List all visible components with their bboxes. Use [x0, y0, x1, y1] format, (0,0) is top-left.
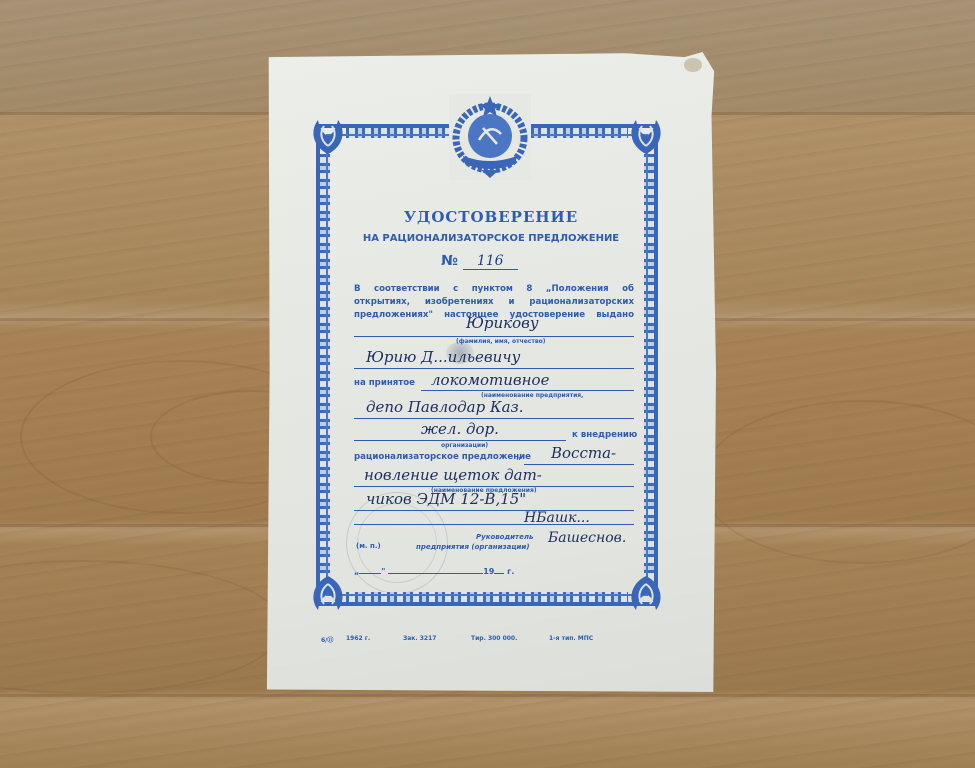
signer-role-line2: предприятия (организации)	[416, 543, 530, 551]
wood-grain	[700, 400, 975, 564]
date-line: „" 19 г.	[354, 567, 514, 576]
enterprise-line3-underline	[354, 440, 566, 441]
preamble-line: открытиях, изобретениях и рационализатор…	[354, 296, 634, 309]
wood-grain	[0, 560, 284, 694]
recipient-caption: (фамилия, имя, отчество)	[456, 338, 545, 345]
certificate-number: № 116	[441, 253, 518, 270]
signature-mark: НБашк...	[524, 510, 590, 526]
certificate-subtitle: НА РАЦИОНАЛИЗАТОРСКОЕ ПРЕДЛОЖЕНИЕ	[266, 233, 716, 244]
number-label: №	[441, 253, 458, 269]
enterprise-line2: депо Павлодар Каз.	[366, 398, 524, 416]
signer-role-line1: Руководитель	[476, 533, 533, 541]
paper-stain	[684, 58, 702, 72]
recipient-surname: Юрикову	[466, 314, 539, 332]
proposal-line2: новление щеток дат-	[364, 466, 542, 484]
acanthus-corner-icon	[308, 574, 348, 614]
date-year-prefix: 19	[483, 567, 494, 576]
proposal-line3-underline	[354, 510, 634, 511]
proposal-line3: чиков ЭДМ 12-В,15"	[366, 490, 526, 508]
certificate-paper: УДОСТОВЕРЕНИЕ НА РАЦИОНАЛИЗАТОРСКОЕ ПРЕД…	[266, 52, 716, 692]
certificate-title: УДОСТОВЕРЕНИЕ	[266, 208, 716, 226]
proposal-label: рационализаторское предложение	[354, 452, 531, 462]
footer-year: 1962 г.	[346, 635, 370, 642]
acanthus-corner-icon	[308, 116, 348, 156]
footer-printer: 1-я тип. МПС	[549, 635, 593, 642]
footer-order: Зак. 3217	[403, 635, 436, 642]
footer-form-code: 6/⑪	[321, 635, 333, 644]
date-year-suffix: г.	[507, 567, 514, 576]
recipient-name-underline	[354, 368, 634, 369]
stamp-label: (м. п.)	[356, 542, 381, 550]
proposal-open-quote: „	[516, 452, 522, 462]
date-close-quote: "	[381, 567, 385, 576]
enterprise-line3: жел. дор.	[421, 420, 499, 438]
enterprise-suffix: к внедрению	[572, 430, 637, 440]
ussr-coat-of-arms-icon	[449, 94, 531, 180]
acanthus-corner-icon	[626, 574, 666, 614]
proposal-line1: Восста-	[551, 444, 616, 462]
date-open-quote: „	[354, 567, 359, 576]
preamble-line: В соответствии с пунктом 8 „Положения об	[354, 283, 634, 296]
blank-underline	[354, 524, 634, 525]
wood-plank-seam	[0, 694, 975, 697]
enterprise-caption2: организации)	[441, 442, 488, 449]
enterprise-underline	[421, 390, 634, 391]
number-value: 116	[463, 253, 518, 270]
enterprise-line2-underline	[354, 418, 634, 419]
recipient-underline	[354, 336, 634, 337]
proposal-line1-underline	[524, 464, 634, 465]
acanthus-corner-icon	[626, 116, 666, 156]
enterprise-label: на принятое	[354, 378, 415, 388]
footer-print-run: Тир. 300 000.	[471, 635, 517, 642]
enterprise-line1: локомотивное	[431, 371, 549, 389]
recipient-name-patronymic: Юрию Д...ильевичу	[366, 348, 520, 366]
signer-name: Башеснов.	[548, 530, 626, 546]
